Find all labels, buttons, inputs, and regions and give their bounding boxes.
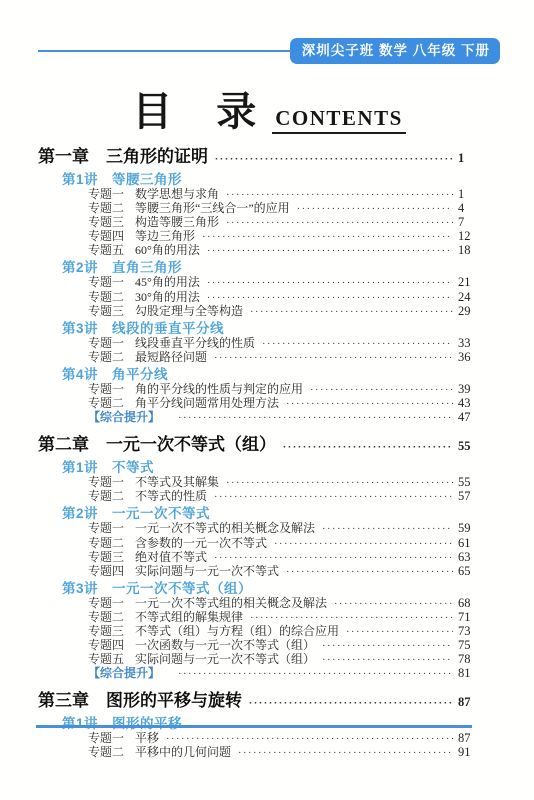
- dot-leader: [322, 523, 453, 536]
- page-number: 87: [456, 732, 480, 745]
- toc-lecture-heading: 第4讲 角平分线: [38, 367, 480, 382]
- toc-topic-row: 专题一一元一次不等式的相关概念及解法59: [38, 522, 480, 536]
- topic-title: 平移: [135, 732, 159, 745]
- topic-title: 角的平分线的性质与判定的应用: [135, 383, 303, 396]
- toc-topic-row: 专题一数学思想与求角1: [38, 188, 480, 202]
- topic-title: 一元一次不等式组的相关概念及解法: [135, 597, 327, 610]
- dot-leader: [322, 640, 453, 653]
- topic-title: 一次函数与一元一次不等式（组）: [135, 639, 315, 652]
- topic-title: 30°角的用法: [135, 291, 200, 304]
- page-number: 29: [456, 305, 480, 318]
- topic-label: 专题四: [88, 230, 124, 243]
- page-number: 1: [456, 188, 480, 201]
- toc-topic-row: 专题一线段垂直平分线的性质33: [38, 337, 480, 351]
- page-number: 61: [456, 537, 480, 550]
- dot-leader: [214, 352, 453, 365]
- topic-label: 专题五: [88, 244, 124, 257]
- dot-leader: [249, 693, 453, 714]
- toc-lecture-heading: 第3讲 一元一次不等式（组）: [38, 581, 480, 596]
- chapter-title: 第一章 三角形的证明: [38, 146, 208, 167]
- topic-title: 等腰三角形“三线合一”的应用: [135, 202, 290, 215]
- page-number: 7: [456, 216, 480, 229]
- topic-title: 一元一次不等式的相关概念及解法: [135, 522, 315, 535]
- dot-leader: [274, 538, 453, 551]
- title-english: CONTENTS: [272, 106, 406, 134]
- topic-title: 实际问题与一元一次不等式（组）: [135, 653, 315, 666]
- toc-lecture-heading: 第1讲 等腰三角形: [38, 172, 480, 187]
- topic-label: 专题二: [88, 202, 124, 215]
- topic-label: 专题一: [88, 188, 124, 201]
- topic-title: 不等式的性质: [135, 490, 207, 503]
- page-number: 47: [456, 411, 480, 424]
- lecture-title: 第3讲 一元一次不等式（组）: [62, 581, 252, 596]
- toc-topic-row: 专题五60°角的用法18: [38, 244, 480, 258]
- dot-leader: [207, 277, 453, 290]
- topic-title: 线段垂直平分线的性质: [135, 337, 255, 350]
- dot-leader: [178, 668, 453, 681]
- toc-topic-row: 【综合提升】81: [38, 667, 480, 681]
- lecture-title: 第1讲 图形的平移: [62, 716, 182, 731]
- topic-title: 等边三角形: [135, 230, 195, 243]
- toc-topic-row: 专题二角平分线问题常用处理方法43: [38, 397, 480, 411]
- edition-badge: 深圳尖子班 数学 八年级 下册: [290, 38, 500, 64]
- page-number: 73: [456, 625, 480, 638]
- topic-label: 专题二: [88, 291, 124, 304]
- toc-topic-row: 【综合提升】47: [38, 411, 480, 425]
- topic-title: 60°角的用法: [135, 244, 200, 257]
- header-rule: [38, 50, 294, 52]
- dot-leader: [207, 245, 453, 258]
- toc-page: 深圳尖子班 数学 八年级 下册 目 录 CONTENTS 第一章 三角形的证明1…: [0, 0, 534, 800]
- page-number: 55: [456, 436, 480, 457]
- page-number: 71: [456, 611, 480, 624]
- dot-leader: [238, 747, 453, 760]
- page-number: 33: [456, 337, 480, 350]
- highlight-label: 【综合提升】: [88, 411, 160, 424]
- toc-list: 第一章 三角形的证明1第1讲 等腰三角形专题一数学思想与求角1专题二等腰三角形“…: [38, 146, 500, 761]
- page-number: 4: [456, 202, 480, 215]
- lecture-title: 第2讲 直角三角形: [62, 260, 182, 275]
- toc-topic-row: 专题二不等式组的解集规律71: [38, 611, 480, 625]
- toc-chapter-row: 第三章 图形的平移与旋转87: [38, 690, 480, 714]
- topic-label: 专题二: [88, 537, 124, 550]
- dot-leader: [215, 149, 453, 170]
- page-number: 68: [456, 597, 480, 610]
- toc-lecture-heading: 第2讲 一元一次不等式: [38, 506, 480, 521]
- page-number: 63: [456, 551, 480, 564]
- topic-label: 专题一: [88, 597, 124, 610]
- topic-title: 绝对值不等式: [135, 551, 207, 564]
- topic-label: 专题二: [88, 351, 124, 364]
- page-number: 57: [456, 490, 480, 503]
- toc-topic-row: 专题二含参数的一元一次不等式61: [38, 537, 480, 551]
- dot-leader: [310, 384, 453, 397]
- toc-topic-row: 专题三不等式（组）与方程（组）的综合应用73: [38, 625, 480, 639]
- topic-label: 专题三: [88, 305, 124, 318]
- toc-topic-row: 专题二平移中的几何问题91: [38, 746, 480, 760]
- topic-label: 专题二: [88, 490, 124, 503]
- topic-title: 不等式及其解集: [135, 476, 219, 489]
- toc-topic-row: 专题二30°角的用法24: [38, 291, 480, 305]
- page-number: 91: [456, 746, 480, 759]
- topic-title: 实际问题与一元一次不等式: [135, 565, 279, 578]
- page-number: 36: [456, 351, 480, 364]
- dot-leader: [250, 612, 453, 625]
- lecture-title: 第2讲 一元一次不等式: [62, 506, 210, 521]
- topic-label: 专题二: [88, 746, 124, 759]
- highlight-label: 【综合提升】: [88, 667, 160, 680]
- toc-lecture-heading: 第1讲 不等式: [38, 460, 480, 475]
- page-number: 39: [456, 383, 480, 396]
- page-number: 43: [456, 397, 480, 410]
- topic-title: 角平分线问题常用处理方法: [135, 397, 279, 410]
- topic-label: 专题三: [88, 625, 124, 638]
- page-number: 75: [456, 639, 480, 652]
- topic-label: 专题四: [88, 639, 124, 652]
- topic-title: 构造等腰三角形: [135, 216, 219, 229]
- footer-rule: [36, 725, 472, 728]
- dot-leader: [250, 306, 453, 319]
- page-number: 65: [456, 565, 480, 578]
- lecture-title: 第3讲 线段的垂直平分线: [62, 321, 224, 336]
- page-number: 78: [456, 653, 480, 666]
- topic-label: 专题三: [88, 216, 124, 229]
- topic-title: 不等式（组）与方程（组）的综合应用: [135, 625, 339, 638]
- page-number: 55: [456, 476, 480, 489]
- toc-chapter-row: 第一章 三角形的证明1: [38, 146, 480, 170]
- page-number: 18: [456, 244, 480, 257]
- dot-leader: [226, 217, 453, 230]
- page-number: 59: [456, 522, 480, 535]
- topic-label: 专题四: [88, 565, 124, 578]
- page-header: 深圳尖子班 数学 八年级 下册: [38, 38, 500, 64]
- dot-leader: [346, 626, 453, 639]
- dot-leader: [334, 598, 453, 611]
- topic-label: 专题一: [88, 476, 124, 489]
- toc-chapter-row: 第二章 一元一次不等式（组）55: [38, 434, 480, 458]
- page-number: 21: [456, 276, 480, 289]
- topic-label: 专题一: [88, 732, 124, 745]
- topic-label: 专题五: [88, 653, 124, 666]
- toc-lecture-heading: 第2讲 直角三角形: [38, 260, 480, 275]
- chapter-title: 第三章 图形的平移与旋转: [38, 690, 242, 711]
- title-chinese: 目 录: [132, 80, 258, 137]
- chapter-title: 第二章 一元一次不等式（组）: [38, 434, 276, 455]
- dot-leader: [262, 338, 453, 351]
- toc-topic-row: 专题二最短路径问题36: [38, 351, 480, 365]
- topic-title: 最短路径问题: [135, 351, 207, 364]
- topic-label: 专题一: [88, 276, 124, 289]
- topic-title: 数学思想与求角: [135, 188, 219, 201]
- page-number: 81: [456, 667, 480, 680]
- toc-topic-row: 专题一一元一次不等式组的相关概念及解法68: [38, 597, 480, 611]
- topic-title: 勾股定理与全等构造: [135, 305, 243, 318]
- dot-leader: [214, 491, 453, 504]
- topic-label: 专题三: [88, 551, 124, 564]
- dot-leader: [207, 292, 453, 305]
- dot-leader: [214, 552, 453, 565]
- topic-title: 45°角的用法: [135, 276, 200, 289]
- dot-leader: [178, 412, 453, 425]
- toc-topic-row: 专题三勾股定理与全等构造29: [38, 305, 480, 319]
- toc-lecture-heading: 第1讲 图形的平移: [38, 716, 480, 731]
- topic-label: 专题一: [88, 383, 124, 396]
- page-number: 87: [456, 692, 480, 713]
- topic-title: 不等式组的解集规律: [135, 611, 243, 624]
- dot-leader: [226, 477, 453, 490]
- toc-topic-row: 专题四实际问题与一元一次不等式65: [38, 565, 480, 579]
- toc-topic-row: 专题二不等式的性质57: [38, 490, 480, 504]
- toc-topic-row: 专题三绝对值不等式63: [38, 551, 480, 565]
- topic-label: 专题一: [88, 522, 124, 535]
- dot-leader: [283, 437, 453, 458]
- topic-label: 专题二: [88, 397, 124, 410]
- lecture-title: 第4讲 角平分线: [62, 367, 168, 382]
- page-title: 目 录 CONTENTS: [38, 80, 500, 137]
- page-number: 12: [456, 230, 480, 243]
- lecture-title: 第1讲 不等式: [62, 460, 154, 475]
- topic-label: 专题一: [88, 337, 124, 350]
- topic-label: 专题二: [88, 611, 124, 624]
- toc-topic-row: 专题一角的平分线的性质与判定的应用39: [38, 383, 480, 397]
- topic-title: 含参数的一元一次不等式: [135, 537, 267, 550]
- dot-leader: [202, 231, 453, 244]
- toc-topic-row: 专题一45°角的用法21: [38, 276, 480, 290]
- lecture-title: 第1讲 等腰三角形: [62, 172, 182, 187]
- dot-leader: [286, 566, 453, 579]
- dot-leader: [297, 203, 453, 216]
- page-number: 1: [456, 148, 480, 169]
- topic-title: 平移中的几何问题: [135, 746, 231, 759]
- page-number: 24: [456, 291, 480, 304]
- dot-leader: [286, 398, 453, 411]
- dot-leader: [322, 654, 453, 667]
- toc-lecture-heading: 第3讲 线段的垂直平分线: [38, 321, 480, 336]
